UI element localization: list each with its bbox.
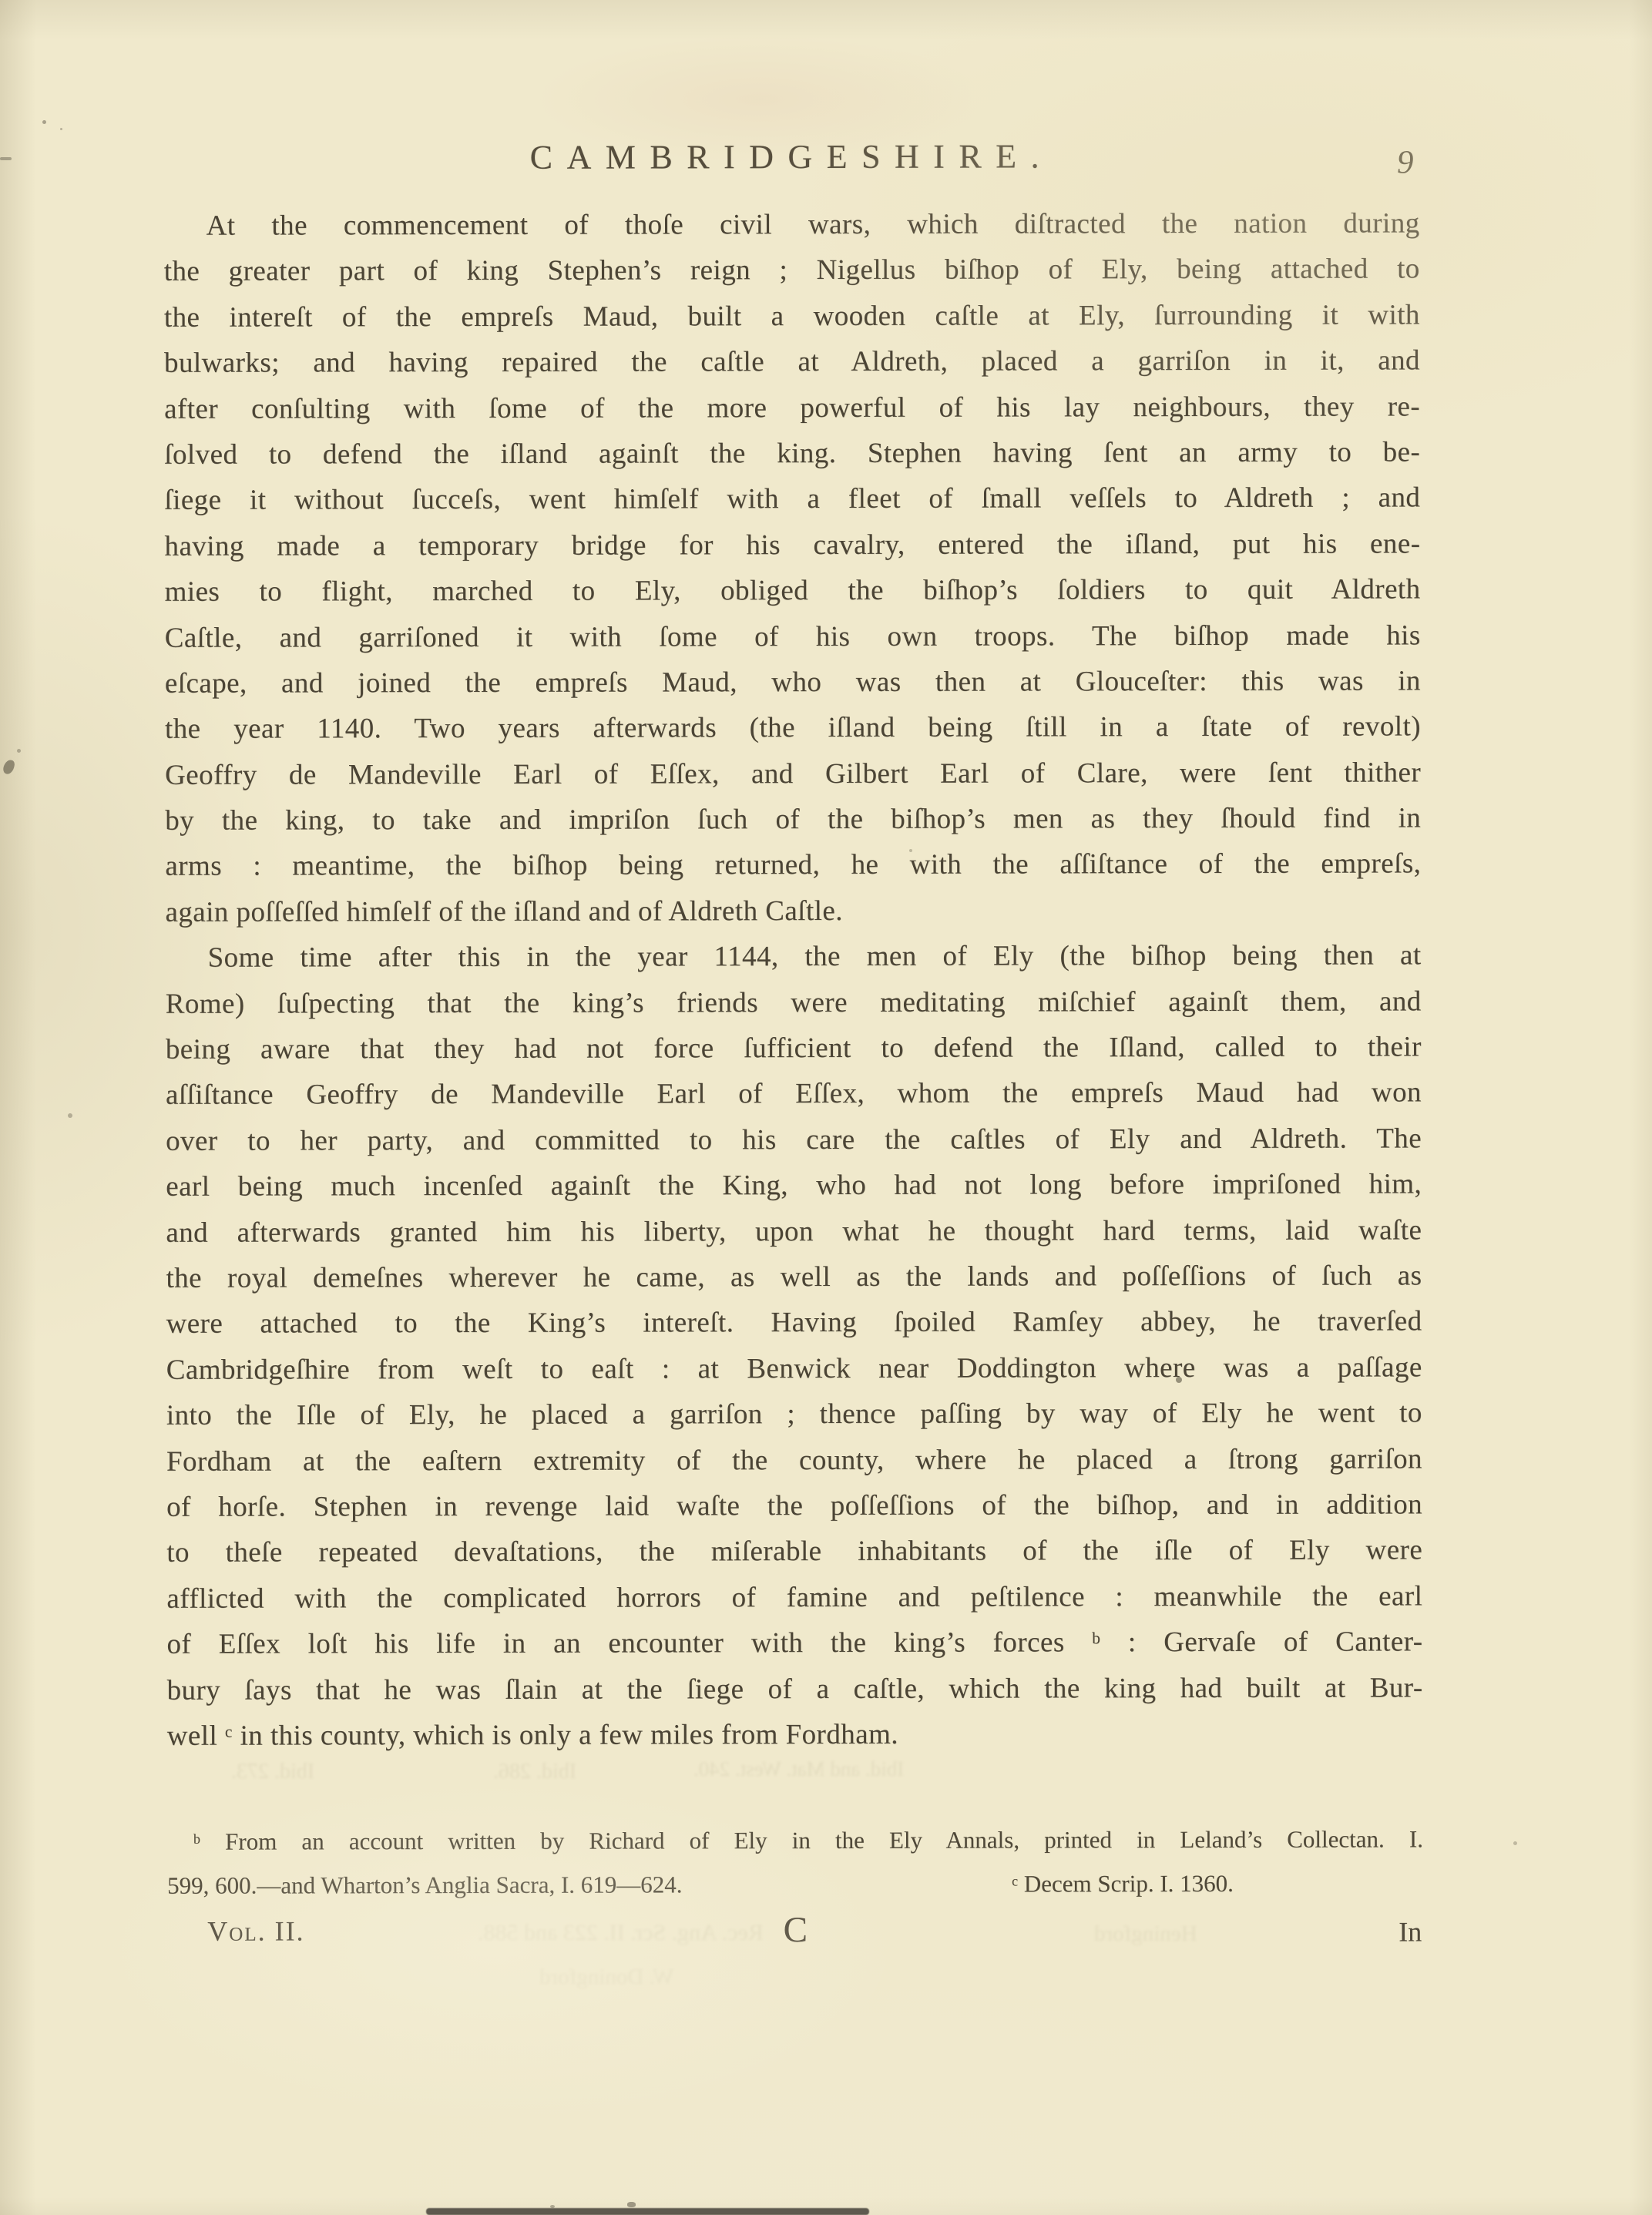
text-line: again poſſeſſed himſelf of the iſland an… <box>165 887 1421 935</box>
ink-speck <box>17 749 21 753</box>
scan-edge-strip <box>426 2208 869 2215</box>
signature-row: Vol. II. C In <box>167 1908 1423 1964</box>
text-line: the greater part of king Stephen’s reign… <box>164 247 1420 295</box>
text-line: bulwarks; and having repaired the caſtle… <box>164 338 1420 387</box>
text-line: into the Iſle of Ely, he placed a garriſ… <box>166 1391 1422 1439</box>
text-line: the intereſt of the empreſs Maud, built … <box>164 292 1420 341</box>
text-line: At the commencement of thoſe civil wars,… <box>164 200 1420 249</box>
text-line: arms : meantime, the biſhop being return… <box>165 841 1421 890</box>
text-line: mies to flight, marched to Ely, obliged … <box>165 567 1421 616</box>
ink-speck <box>1176 1377 1182 1383</box>
text-line: Caſtle, and garriſoned it with ſome of h… <box>165 612 1421 661</box>
ink-speck <box>909 849 912 852</box>
text-line: aſſiſtance Geoffry de Mandeville Earl of… <box>166 1070 1422 1119</box>
ink-speck <box>627 2202 636 2207</box>
text-line: Cambridgeſhire from weſt to eaſt : at Be… <box>166 1344 1422 1393</box>
text-line: were attached to the King’s intereſt. Ha… <box>166 1299 1422 1347</box>
text-line: the year 1140. Two years afterwards (the… <box>165 704 1421 753</box>
text-line: having made a temporary bridge for his c… <box>164 521 1420 569</box>
paragraph: Some time after this in the year 1144, t… <box>166 933 1423 1759</box>
text-line: the royal demeſnes wherever he came, as … <box>166 1253 1422 1301</box>
text-line: Fordham at the eaſtern extremity of the … <box>166 1436 1422 1485</box>
running-head: CAMBRIDGESHIRE. 9 <box>163 136 1419 192</box>
text-line: Some time after this in the year 1144, t… <box>166 933 1422 982</box>
text-line: ſolved to defend the iſland againſt the … <box>164 429 1420 478</box>
text-line: by the king, to take and impriſon ſuch o… <box>165 795 1421 844</box>
page-number: 9 <box>1397 143 1414 181</box>
text-line: eſcape, and joined the empreſs Maud, who… <box>165 658 1421 706</box>
book-page-scan: CAMBRIDGESHIRE. 9 At the commencement of… <box>0 0 1652 2215</box>
catchword: In <box>1398 1915 1422 1948</box>
text-line: of horſe. Stephen in revenge laid waſte … <box>166 1482 1422 1530</box>
text-line: after conſulting with ſome of the more p… <box>164 384 1420 432</box>
ink-speck <box>0 157 12 160</box>
text-line: over to her party, and committed to his … <box>166 1116 1422 1164</box>
text-line: ſiege it without ſucceſs, went himſelf w… <box>164 475 1420 524</box>
ink-speck <box>42 120 46 124</box>
ink-speck <box>68 1113 72 1118</box>
footnotes: b From an account written by Richard of … <box>167 1817 1423 1907</box>
ink-speck <box>1513 1841 1517 1845</box>
footnote-b: b From an account written by Richard of … <box>167 1817 1423 1863</box>
text-line: Geoffry de Mandeville Earl of Eſſex, and… <box>165 750 1421 798</box>
footnote-b-continued: 599, 600.—and Wharton’s Anglia Sacra, I.… <box>167 1871 682 1898</box>
footnote-refs-line: 599, 600.—and Wharton’s Anglia Sacra, I.… <box>167 1861 1423 1907</box>
body-text: At the commencement of thoſe civil wars,… <box>164 200 1423 1759</box>
text-line: of Eſſex loſt his life in an encounter w… <box>166 1619 1422 1667</box>
text-line: and afterwards granted him his liberty, … <box>166 1207 1422 1256</box>
text-line: well c in this county, which is only a f… <box>167 1710 1423 1759</box>
gathering-signature: C <box>783 1909 807 1951</box>
ink-speck <box>60 128 62 130</box>
page-title: CAMBRIDGESHIRE. <box>163 136 1419 177</box>
text-line: being aware that they had not force ſuff… <box>166 1024 1422 1072</box>
paragraph: At the commencement of thoſe civil wars,… <box>164 200 1422 935</box>
text-line: Rome) ſuſpecting that the king’s friends… <box>166 978 1422 1027</box>
page-content: CAMBRIDGESHIRE. 9 At the commencement of… <box>0 0 1652 2215</box>
volume-label: Vol. II. <box>207 1915 304 1947</box>
text-line: to theſe repeated devaſtations, the miſe… <box>166 1528 1422 1576</box>
text-line: afflicted with the complicated horrors o… <box>166 1573 1422 1622</box>
text-line: bury ſays that he was ſlain at the ſiege… <box>167 1665 1423 1713</box>
text-line: earl being much incenſed againſt the Kin… <box>166 1162 1422 1210</box>
footnote-c: c Decem Scrip. I. 1360. <box>1012 1861 1234 1906</box>
